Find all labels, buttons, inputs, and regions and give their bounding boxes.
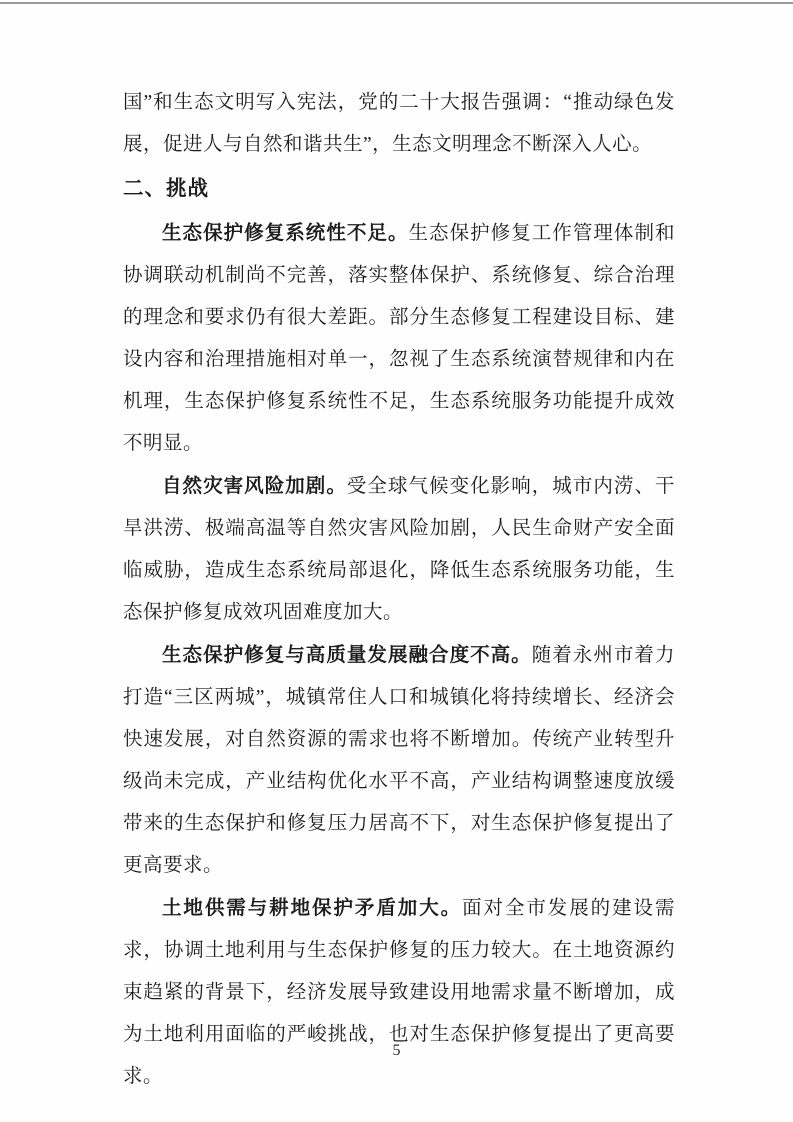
paragraph: 生态保护修复系统性不足。生态保护修复工作管理体制和协调联动机制尚不完善，落实整体… (123, 212, 675, 465)
paragraph-lead: 土地供需与耕地保护矛盾加大。 (162, 897, 462, 919)
paragraph: 土地供需与耕地保护矛盾加大。面对全市发展的建设需求，协调土地利用与生态保护修复的… (123, 887, 675, 1098)
paragraph-lead: 自然灾害风险加剧。 (162, 475, 347, 497)
continuation-paragraph: 国”和生态文明写入宪法，党的二十大报告强调：“推动绿色发展，促进人与自然和谐共生… (123, 82, 675, 166)
scan-artifact-line (0, 2, 793, 4)
paragraph-lead: 生态保护修复系统性不足。 (162, 222, 409, 244)
paragraph-text: 随着永州市着力打造“三区两城”，城镇常住人口和城镇化将持续增长、经济会快速发展，… (123, 645, 675, 876)
paragraph: 自然灾害风险加剧。受全球气候变化影响，城市内涝、干旱洪涝、极端高温等自然灾害风险… (123, 465, 675, 634)
section-heading: 二、挑战 (123, 166, 675, 212)
paragraph-lead: 生态保护修复与高质量发展融合度不高。 (162, 644, 532, 666)
paragraph: 生态保护修复与高质量发展融合度不高。随着永州市着力打造“三区两城”，城镇常住人口… (123, 634, 675, 887)
paragraph-text: 受全球气候变化影响，城市内涝、干旱洪涝、极端高温等自然灾害风险加剧，人民生命财产… (123, 476, 675, 623)
page-number: 5 (0, 1042, 793, 1060)
paragraph-text: 生态保护修复工作管理体制和协调联动机制尚不完善，落实整体保护、系统修复、综合治理… (123, 223, 675, 454)
document-page: 国”和生态文明写入宪法，党的二十大报告强调：“推动绿色发展，促进人与自然和谐共生… (0, 0, 793, 1122)
page-body: 国”和生态文明写入宪法，党的二十大报告强调：“推动绿色发展，促进人与自然和谐共生… (123, 82, 675, 1098)
